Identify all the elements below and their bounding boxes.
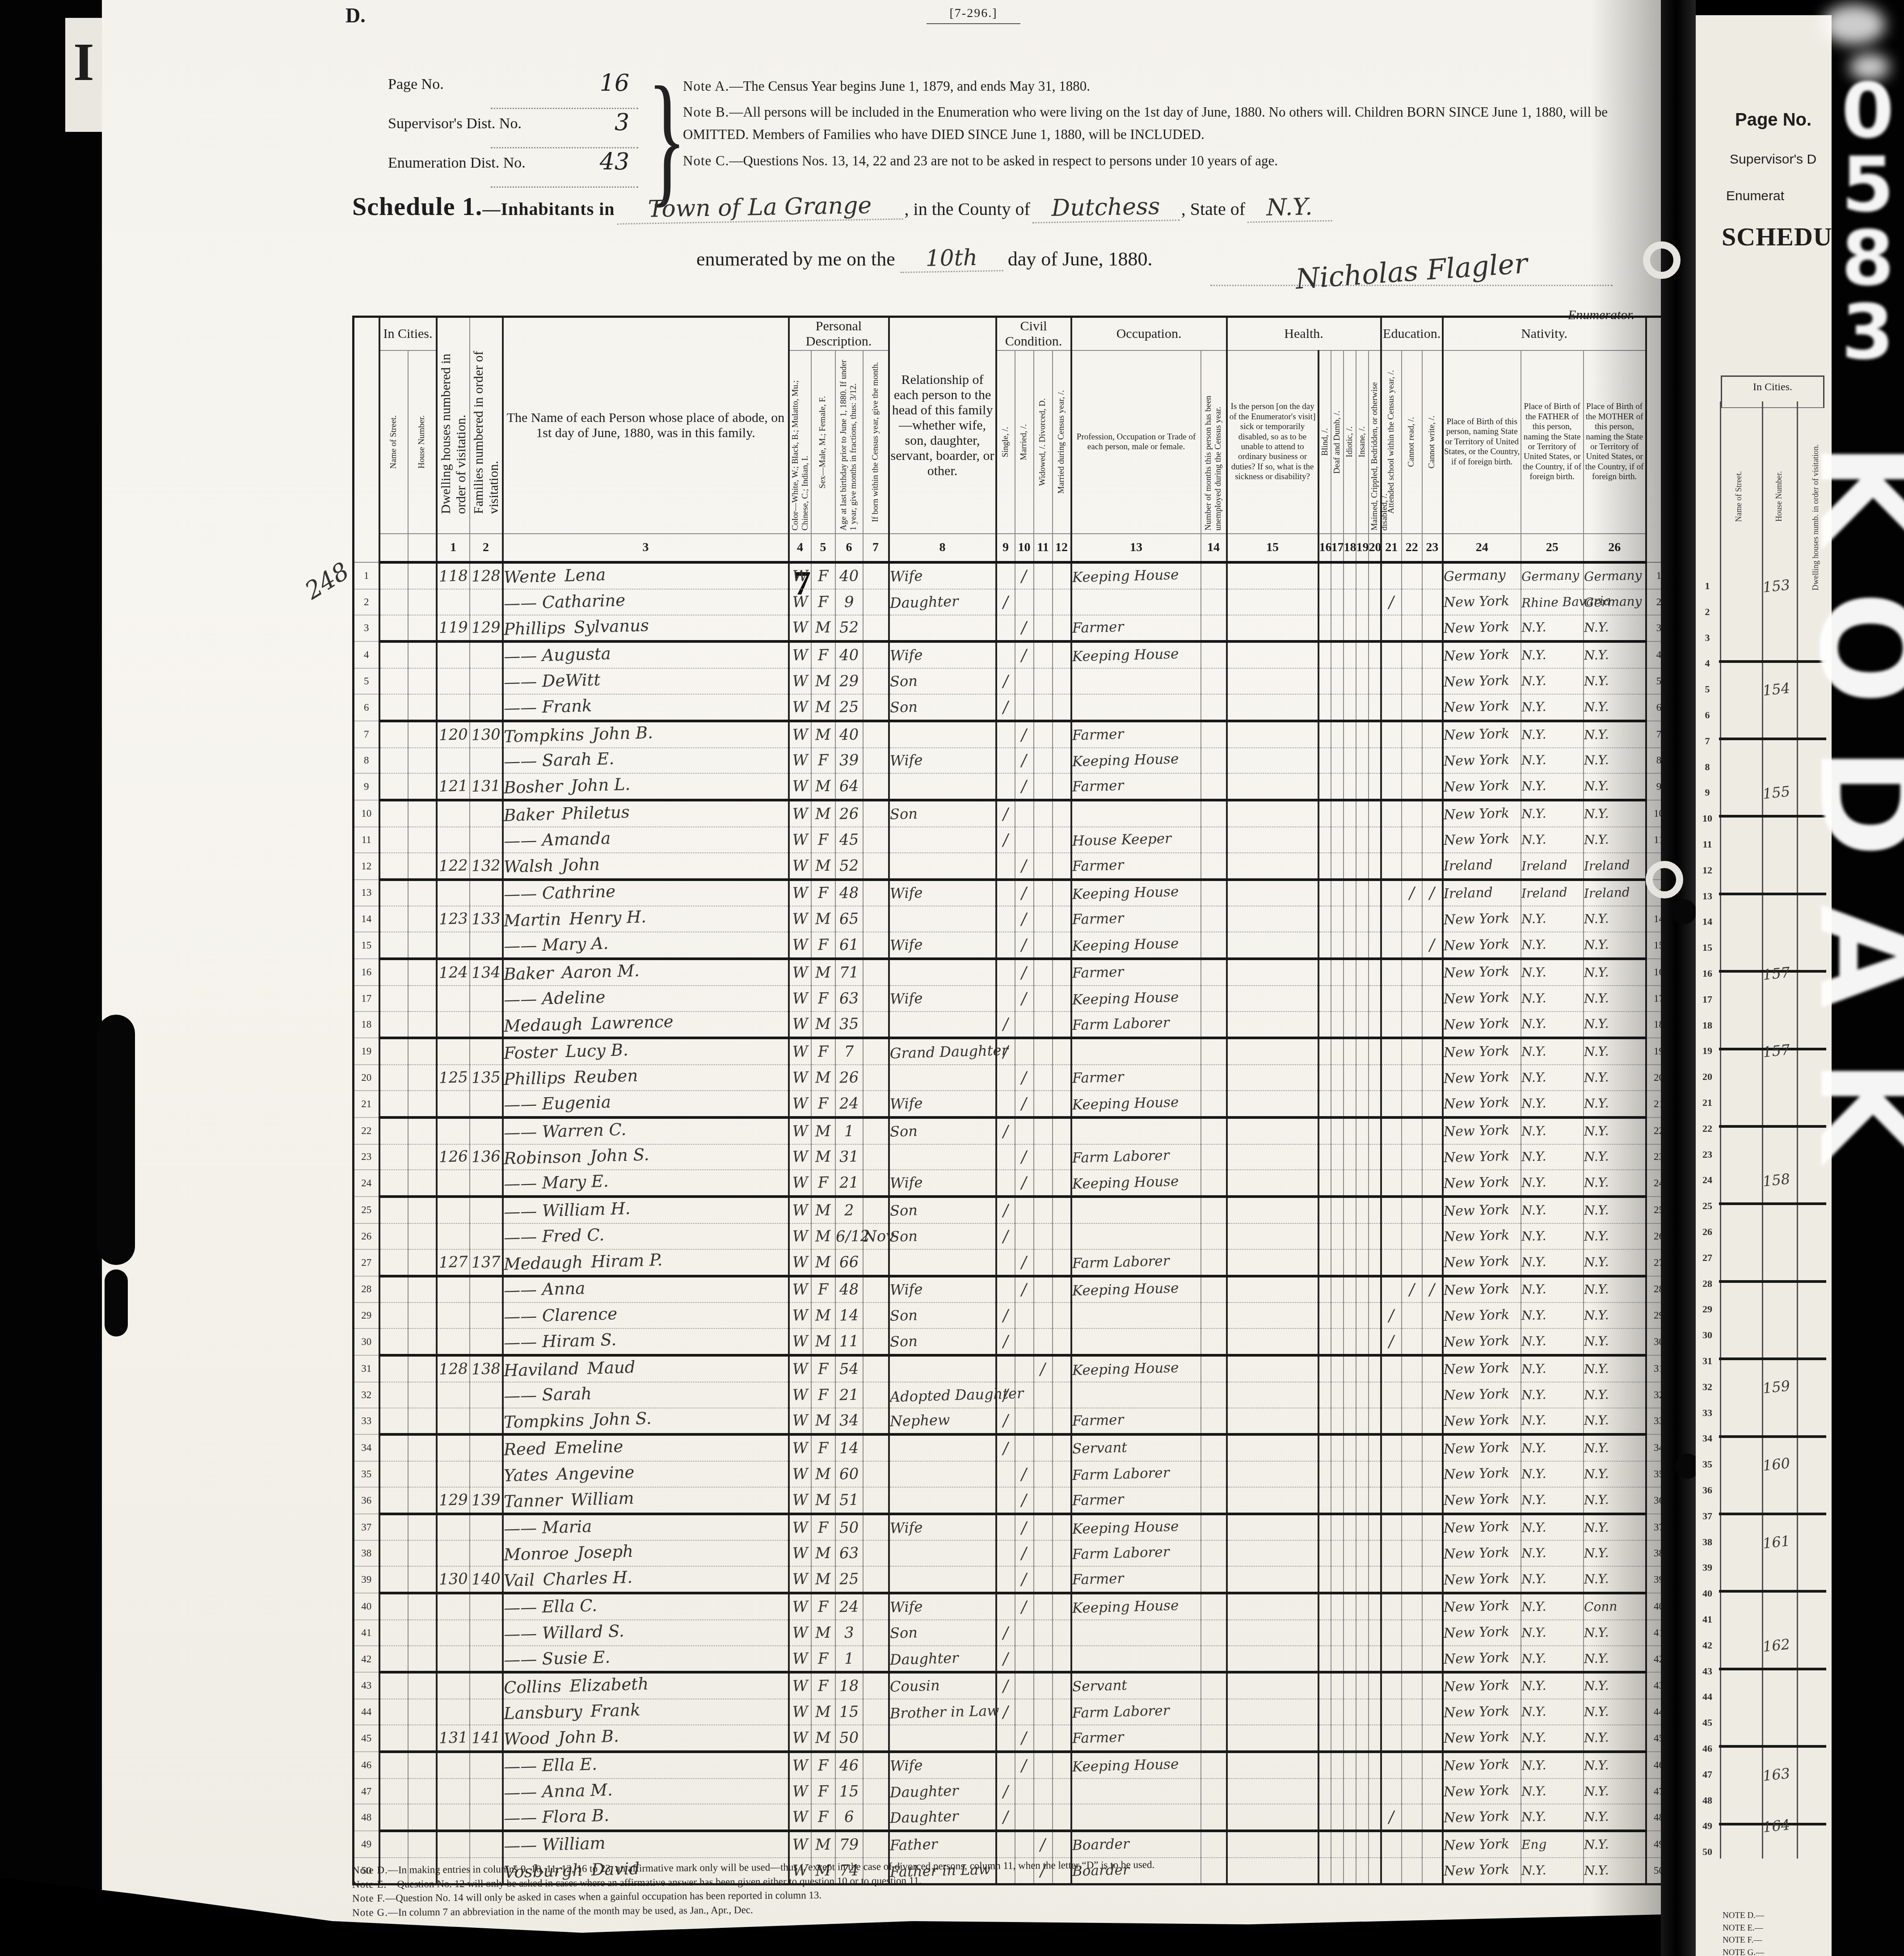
- col24-head: Place of Birth of this person, naming St…: [1443, 350, 1521, 534]
- cell-father-birthplace: N.Y.: [1521, 1038, 1584, 1065]
- cell-cannot-read: [1402, 1328, 1422, 1355]
- cell-father-birthplace: N.Y.: [1521, 800, 1584, 827]
- next-line-number: 47: [1698, 1769, 1716, 1780]
- cell-father-birthplace: N.Y.: [1521, 694, 1584, 721]
- state-label: , State of: [1181, 199, 1245, 219]
- handwriting: F: [817, 1281, 829, 1299]
- cell-street: [379, 1117, 408, 1144]
- cell-cannot-read: [1402, 773, 1422, 800]
- cell-single-mark: [996, 1355, 1015, 1382]
- cell-single-mark: [996, 748, 1015, 774]
- cell-widowed-mark: [1034, 906, 1053, 932]
- cell-insane: [1356, 1434, 1369, 1461]
- handwriting: F: [817, 751, 829, 770]
- next-line-number: 42: [1698, 1640, 1716, 1651]
- handwriting: 135: [471, 1068, 501, 1087]
- handwriting: Vail Charles H.: [503, 1568, 632, 1590]
- handwriting: —— William: [503, 1834, 606, 1855]
- cell-age: 1: [835, 1646, 863, 1673]
- handwriting: F: [817, 989, 829, 1008]
- cell-occupation: Keeping House: [1071, 1514, 1201, 1541]
- handwriting: Farm Laborer: [1072, 1544, 1169, 1563]
- cell-idiotic: [1344, 1328, 1356, 1355]
- cell-married-mark: /: [1015, 1752, 1034, 1779]
- cell-birth-month: [863, 1487, 889, 1514]
- cell-father-birthplace: N.Y.: [1521, 1487, 1584, 1514]
- cell-family-no: [470, 1461, 503, 1487]
- cell-family-no: 129: [470, 615, 503, 642]
- cell-idiotic: [1344, 1620, 1356, 1646]
- handwriting: 50: [839, 1518, 859, 1537]
- cell-cannot-write: [1422, 721, 1443, 748]
- cell-deaf-dumb: [1331, 1566, 1344, 1593]
- handwriting: 61: [839, 936, 859, 954]
- cell-sickness: [1227, 1725, 1318, 1752]
- handwriting: Ireland: [1521, 885, 1567, 901]
- cell-months-unemployed: [1201, 853, 1227, 880]
- cell-attended-school: [1381, 800, 1402, 827]
- cell-cannot-write: /: [1422, 880, 1443, 906]
- cell-sex: M: [811, 1540, 835, 1566]
- handwriting: 26: [839, 805, 859, 823]
- handwriting: N.Y.: [1521, 1044, 1546, 1059]
- cell-deaf-dumb: [1331, 641, 1344, 668]
- cell-insane: [1356, 1091, 1369, 1117]
- next-line-number: 46: [1698, 1743, 1716, 1754]
- cell-father-birthplace: N.Y.: [1521, 1540, 1584, 1566]
- cell-maimed: [1369, 959, 1381, 986]
- cell-deaf-dumb: [1331, 959, 1344, 986]
- line-number: 17: [354, 986, 379, 1012]
- cell-father-birthplace: N.Y.: [1521, 1752, 1584, 1779]
- cell-months-unemployed: [1201, 1065, 1227, 1091]
- person-row: 28—— AnnaWF48Wife/Keeping House//New Yor…: [354, 1276, 1672, 1303]
- cell-birth-month: [863, 1091, 889, 1117]
- cell-attended-school: [1381, 1620, 1402, 1646]
- cell-married-in-year: [1053, 959, 1071, 986]
- cell-name: Phillips Reuben: [503, 1065, 789, 1091]
- cell-color: W: [789, 1012, 811, 1038]
- cell-cannot-write: [1422, 1779, 1443, 1804]
- cell-insane: [1356, 1646, 1369, 1673]
- next-note-stub: NOTE D.—: [1723, 1910, 1764, 1922]
- col-number-blank: [408, 534, 437, 562]
- cell-house: [408, 986, 437, 1012]
- cell-color: W: [789, 1620, 811, 1646]
- cell-father-birthplace: N.Y.: [1521, 1249, 1584, 1276]
- cell-months-unemployed: [1201, 959, 1227, 986]
- cell-sex: F: [811, 1779, 835, 1804]
- cell-blind: [1318, 1434, 1331, 1461]
- cell-family-no: 140: [470, 1566, 503, 1593]
- cell-attended-school: /: [1381, 1804, 1402, 1831]
- cell-sex: M: [811, 1725, 835, 1752]
- cell-house: [408, 1620, 437, 1646]
- handwriting: New York: [1443, 1412, 1509, 1429]
- col-number: 23: [1422, 534, 1443, 562]
- next-line-number: 2: [1698, 606, 1716, 618]
- cell-insane: [1356, 1725, 1369, 1752]
- handwriting: W: [792, 1253, 808, 1271]
- cell-relationship: [889, 1540, 996, 1566]
- cell-street: [379, 1620, 408, 1646]
- person-row: 39130140Vail Charles H.WM25/FarmerNew Yo…: [354, 1566, 1672, 1593]
- next-line-number: 49: [1698, 1820, 1716, 1832]
- handwriting: N.Y.: [1521, 1546, 1546, 1561]
- cell-occupation: Keeping House: [1071, 1355, 1201, 1382]
- cell-relationship: Grand Daughter: [889, 1038, 996, 1065]
- cell-deaf-dumb: [1331, 1276, 1344, 1303]
- handwriting: Farm Laborer: [1072, 1015, 1169, 1033]
- cell-occupation: Keeping House: [1071, 1276, 1201, 1303]
- cell-street: [379, 1752, 408, 1779]
- cell-deaf-dumb: [1331, 1012, 1344, 1038]
- cell-sex: M: [811, 721, 835, 748]
- cell-idiotic: [1344, 1699, 1356, 1725]
- cell-birth-month: [863, 694, 889, 721]
- cell-attended-school: [1381, 1197, 1402, 1223]
- cell-insane: [1356, 1593, 1369, 1620]
- cell-months-unemployed: [1201, 615, 1227, 642]
- cell-cannot-read: [1402, 986, 1422, 1012]
- handwriting: —— Willard S.: [503, 1621, 624, 1644]
- cell-street: [379, 800, 408, 827]
- cell-idiotic: [1344, 1540, 1356, 1566]
- cell-insane: [1356, 1779, 1369, 1804]
- cell-father-birthplace: N.Y.: [1521, 1672, 1584, 1699]
- cell-idiotic: [1344, 1249, 1356, 1276]
- cell-birth-month: [863, 1249, 889, 1276]
- handwriting: 139: [471, 1491, 501, 1509]
- col14-head: Number of months this person has been un…: [1201, 350, 1227, 534]
- cell-attended-school: [1381, 1540, 1402, 1566]
- cell-color: W: [789, 1276, 811, 1303]
- cell-single-mark: [996, 1540, 1015, 1566]
- cell-deaf-dumb: [1331, 1408, 1344, 1435]
- cell-insane: [1356, 959, 1369, 986]
- cell-idiotic: [1344, 1593, 1356, 1620]
- cell-attended-school: [1381, 880, 1402, 906]
- next-line-number: 48: [1698, 1795, 1716, 1806]
- handwriting: W: [792, 1307, 808, 1325]
- handwriting: 140: [471, 1570, 501, 1589]
- handwriting: Baker Aaron M.: [503, 961, 640, 984]
- cell-widowed-mark: [1034, 1646, 1053, 1673]
- cell-occupation: [1071, 1197, 1201, 1223]
- person-row: 25—— William H.WM2Son/New YorkN.Y.N.Y.25: [354, 1197, 1672, 1223]
- cell-widowed-mark: [1034, 1038, 1053, 1065]
- cell-insane: [1356, 668, 1369, 694]
- cell-age: 11: [835, 1328, 863, 1355]
- cell-months-unemployed: [1201, 1540, 1227, 1566]
- next-family-rule: [1719, 1513, 1826, 1515]
- cell-maimed: [1369, 694, 1381, 721]
- cell-name: Wood John B.: [503, 1725, 789, 1752]
- cell-birthplace: New York: [1443, 959, 1521, 986]
- cell-color: W: [789, 1831, 811, 1858]
- cell-age: 46: [835, 1752, 863, 1779]
- cell-married-mark: /: [1015, 880, 1034, 906]
- cell-months-unemployed: [1201, 1593, 1227, 1620]
- cell-color: W: [789, 932, 811, 959]
- cell-cannot-write: [1422, 959, 1443, 986]
- handwriting: 2: [844, 1201, 854, 1220]
- col9-head: Single, /.: [996, 350, 1015, 534]
- col13-head: Profession, Occupation or Trade of each …: [1071, 350, 1201, 534]
- cell-relationship: Father: [889, 1831, 996, 1858]
- handwriting: F: [817, 646, 829, 665]
- cell-maimed: [1369, 748, 1381, 774]
- cell-months-unemployed: [1201, 668, 1227, 694]
- handwriting: /: [1021, 1544, 1027, 1563]
- handwriting: New York: [1443, 1122, 1509, 1140]
- handwriting: W: [792, 619, 808, 637]
- cell-house: [408, 1831, 437, 1858]
- cell-sex: F: [811, 1355, 835, 1382]
- cell-name: Baker Philetus: [503, 800, 789, 827]
- handwriting: N.Y.: [1521, 937, 1546, 953]
- cell-deaf-dumb: [1331, 1725, 1344, 1752]
- handwriting: 124: [438, 963, 468, 982]
- cell-single-mark: /: [996, 1804, 1015, 1831]
- cell-dwelling-no: 129: [437, 1487, 470, 1514]
- handwriting: /: [1021, 646, 1027, 665]
- cell-sickness: [1227, 1382, 1318, 1408]
- cell-father-birthplace: N.Y.: [1521, 1065, 1584, 1091]
- education-group: Education.: [1381, 317, 1443, 351]
- cell-occupation: Farm Laborer: [1071, 1540, 1201, 1566]
- cell-birthplace: New York: [1443, 1276, 1521, 1303]
- cell-attended-school: [1381, 1752, 1402, 1779]
- cell-color: W: [789, 1646, 811, 1673]
- cell-widowed-mark: [1034, 1276, 1053, 1303]
- handwriting: —— Augusta: [503, 644, 611, 666]
- cell-idiotic: [1344, 1117, 1356, 1144]
- handwriting: Son: [889, 1201, 918, 1219]
- next-line-number: 37: [1698, 1510, 1716, 1522]
- cell-single-mark: [996, 1249, 1015, 1276]
- cell-birth-month: [863, 1699, 889, 1725]
- handwriting: 25: [839, 1570, 859, 1589]
- cell-married-in-year: [1053, 1487, 1071, 1514]
- cell-maimed: [1369, 827, 1381, 853]
- cell-house: [408, 1540, 437, 1566]
- handwriting: 1: [844, 1649, 854, 1668]
- handwriting: 18: [839, 1677, 859, 1695]
- cell-house: [408, 641, 437, 668]
- handwriting: W: [792, 1227, 808, 1245]
- cell-blind: [1318, 1012, 1331, 1038]
- cell-family-no: 130: [470, 721, 503, 748]
- cell-deaf-dumb: [1331, 694, 1344, 721]
- handwriting: W: [792, 1281, 808, 1299]
- next-dwelling-number: 158: [1762, 1170, 1791, 1190]
- cell-age: 1: [835, 1117, 863, 1144]
- cell-insane: [1356, 1566, 1369, 1593]
- cell-sickness: [1227, 694, 1318, 721]
- cell-married-mark: [1015, 1303, 1034, 1328]
- cell-age: 52: [835, 615, 863, 642]
- cell-cannot-read: [1402, 1620, 1422, 1646]
- cell-relationship: Wife: [889, 880, 996, 906]
- cell-father-birthplace: N.Y.: [1521, 1566, 1584, 1593]
- cell-married-in-year: [1053, 589, 1071, 615]
- cell-idiotic: [1344, 959, 1356, 986]
- cell-maimed: [1369, 1197, 1381, 1223]
- note-c: Note C.—Questions Nos. 13, 14, 22 and 23…: [683, 150, 1657, 172]
- cell-sex: F: [811, 1804, 835, 1831]
- handwriting: M: [815, 698, 831, 716]
- cell-widowed-mark: [1034, 827, 1053, 853]
- handwriting: F: [817, 1808, 829, 1826]
- next-dwelling-number: 154: [1762, 679, 1791, 699]
- handwriting: N.Y.: [1521, 778, 1546, 794]
- handwriting: /: [1021, 989, 1027, 1008]
- cell-dwelling-no: [437, 880, 470, 906]
- cell-house: [408, 1461, 437, 1487]
- film-smear: [1823, 4, 1885, 45]
- cell-married-in-year: [1053, 721, 1071, 748]
- cell-months-unemployed: [1201, 721, 1227, 748]
- cell-married-mark: [1015, 1434, 1034, 1461]
- cell-dwelling-no: [437, 1699, 470, 1725]
- cell-street: [379, 1012, 408, 1038]
- cell-age: 2: [835, 1197, 863, 1223]
- cell-street: [379, 1038, 408, 1065]
- cell-street: [379, 1065, 408, 1091]
- cell-maimed: [1369, 1540, 1381, 1566]
- cell-sex: M: [811, 773, 835, 800]
- cell-attended-school: [1381, 1065, 1402, 1091]
- handwriting: Wife: [889, 646, 923, 664]
- cell-house: [408, 1091, 437, 1117]
- handwriting: W: [792, 1649, 808, 1668]
- cell-attended-school: [1381, 959, 1402, 986]
- cell-house: [408, 1514, 437, 1541]
- cell-occupation: Farmer: [1071, 1566, 1201, 1593]
- cell-father-birthplace: N.Y.: [1521, 615, 1584, 642]
- handwriting: Farmer: [1072, 1729, 1124, 1746]
- cell-blind: [1318, 1646, 1331, 1673]
- next-line-number: 28: [1698, 1278, 1716, 1290]
- cell-widowed-mark: [1034, 959, 1053, 986]
- cell-age: 52: [835, 853, 863, 880]
- cell-house: [408, 1012, 437, 1038]
- cell-deaf-dumb: [1331, 1223, 1344, 1249]
- line-number: 22: [354, 1117, 379, 1144]
- film-edge-brand-letter: O: [1790, 591, 1904, 705]
- cell-color: W: [789, 1303, 811, 1328]
- cell-attended-school: [1381, 1249, 1402, 1276]
- cell-family-no: [470, 1699, 503, 1725]
- handwriting: Phillips Sylvanus: [503, 616, 649, 639]
- handwriting: 131: [438, 1728, 468, 1747]
- enumerator-signature: Nicholas Flagler: [1210, 255, 1613, 286]
- cell-family-no: [470, 1593, 503, 1620]
- handwriting: N.Y.: [1521, 673, 1546, 689]
- cell-single-mark: /: [996, 1779, 1015, 1804]
- cell-deaf-dumb: [1331, 1117, 1344, 1144]
- day-fill: 10th: [900, 244, 1003, 273]
- cell-sickness: [1227, 800, 1318, 827]
- cell-blind: [1318, 1540, 1331, 1566]
- cell-months-unemployed: [1201, 1646, 1227, 1673]
- cell-blind: [1318, 1197, 1331, 1223]
- handwriting: New York: [1443, 752, 1509, 769]
- cell-relationship: [889, 1012, 996, 1038]
- cell-months-unemployed: [1201, 1752, 1227, 1779]
- cell-family-no: [470, 1091, 503, 1117]
- cell-married-in-year: [1053, 1355, 1071, 1382]
- page-no-value: 16: [600, 70, 629, 97]
- cell-married-in-year: [1053, 1540, 1071, 1566]
- cell-idiotic: [1344, 1804, 1356, 1831]
- cell-cannot-write: [1422, 1540, 1443, 1566]
- handwriting: F: [817, 593, 829, 611]
- cell-color: W: [789, 800, 811, 827]
- cell-relationship: Wife: [889, 986, 996, 1012]
- cell-birth-month: [863, 1276, 889, 1303]
- cell-sickness: [1227, 1038, 1318, 1065]
- handwriting: Ireland: [1443, 885, 1493, 902]
- cell-maimed: [1369, 1566, 1381, 1593]
- handwriting: M: [815, 1836, 831, 1854]
- cell-father-birthplace: N.Y.: [1521, 773, 1584, 800]
- line-number: 45: [354, 1725, 379, 1752]
- cell-color: W: [789, 1699, 811, 1725]
- next-dwelling-number: 162: [1762, 1636, 1791, 1655]
- cell-cannot-read: [1402, 853, 1422, 880]
- next-rule: [1720, 401, 1721, 1859]
- cell-idiotic: [1344, 1752, 1356, 1779]
- cell-birth-month: [863, 1593, 889, 1620]
- cell-birth-month: [863, 1672, 889, 1699]
- cell-cannot-write: [1422, 589, 1443, 615]
- cell-deaf-dumb: [1331, 1038, 1344, 1065]
- handwriting: New York: [1443, 1571, 1509, 1588]
- handwriting: W: [792, 963, 808, 982]
- cell-married-mark: [1015, 1038, 1034, 1065]
- line-number: 9: [354, 773, 379, 800]
- cell-dwelling-no: [437, 1223, 470, 1249]
- handwriting: New York: [1443, 726, 1509, 743]
- cell-birthplace: New York: [1443, 1752, 1521, 1779]
- handwriting: 136: [471, 1148, 501, 1167]
- cell-maimed: [1369, 932, 1381, 959]
- handwriting: M: [815, 805, 831, 823]
- cell-house: [408, 1144, 437, 1170]
- cell-sickness: [1227, 589, 1318, 615]
- cell-attended-school: [1381, 748, 1402, 774]
- cell-married-mark: [1015, 827, 1034, 853]
- cell-sex: M: [811, 1328, 835, 1355]
- cell-cannot-write: [1422, 1434, 1443, 1461]
- handwriting: W: [792, 1412, 808, 1430]
- cell-maimed: [1369, 1303, 1381, 1328]
- cell-age: 63: [835, 1540, 863, 1566]
- cell-birthplace: New York: [1443, 1461, 1521, 1487]
- cell-married-in-year: [1053, 1831, 1071, 1858]
- cell-birthplace: New York: [1443, 1831, 1521, 1858]
- cell-birthplace: New York: [1443, 932, 1521, 959]
- cell-married-mark: /: [1015, 1065, 1034, 1091]
- bottom-notes: Note D.—In making entries in columns 9, …: [352, 1859, 1684, 1915]
- cell-occupation: Farmer: [1071, 959, 1201, 986]
- cell-relationship: [889, 827, 996, 853]
- handwriting: W: [792, 936, 808, 954]
- handwriting: Ireland: [1443, 857, 1493, 874]
- handwriting: 50: [839, 1728, 859, 1747]
